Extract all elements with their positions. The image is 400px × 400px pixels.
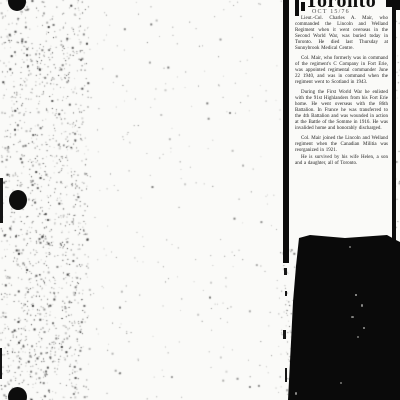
dust-speck [355,294,357,296]
dust-speck [351,316,354,318]
date-stamp: OCT 15/76 [312,9,350,15]
rule-fragment [285,291,287,296]
film-edge-mark [0,178,3,223]
article-paragraph: Col. Mair, who formerly was in command o… [295,56,388,86]
rule-fragment [283,330,286,339]
dust-speck [349,246,351,248]
column-rule-right [392,0,396,244]
punch-hole-bottom [8,387,27,400]
dust-speck [340,382,342,384]
ink-mark [295,0,299,16]
article-paragraph: During the First World War he enlisted w… [295,90,388,132]
dust-speck [363,327,365,329]
ink-blot [283,232,400,400]
column-rule-left [283,0,289,263]
article-paragraph: He is survived by his wife Helen, a son … [295,155,388,167]
punch-hole-middle [9,190,27,210]
ink-mark [394,7,400,10]
newspaper-clipping: Toronto OCT 15/76 Lieut.-Col. Charles A.… [278,0,400,400]
film-edge-mark [0,348,2,379]
dust-speck [361,304,363,307]
article-paragraph: Col. Mair joined the Lincoln and Welland… [295,136,388,154]
rule-fragment [284,268,287,275]
rule-fragment [285,368,287,382]
scanned-microfilm-page: Toronto OCT 15/76 Lieut.-Col. Charles A.… [0,0,400,400]
dust-speck [295,392,297,395]
article-paragraph: Lieut.-Col. Charles A. Mair, who command… [295,16,388,52]
dust-speck [357,336,359,338]
article-body: Lieut.-Col. Charles A. Mair, who command… [295,16,388,171]
